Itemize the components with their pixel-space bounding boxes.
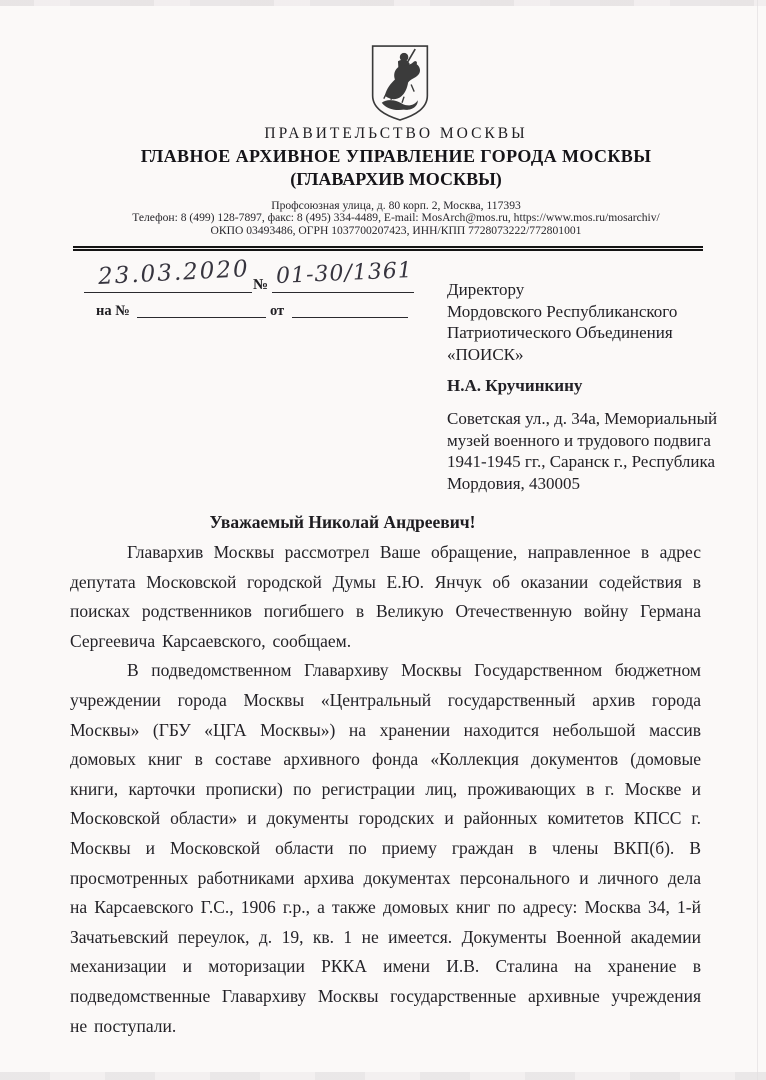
recipient-line: «ПОИСК» — [447, 344, 747, 366]
government-line: ПРАВИТЕЛЬСТВО МОСКВЫ — [26, 125, 766, 143]
recipient-line: Директору — [447, 279, 747, 301]
reply-from-label: от — [270, 303, 284, 320]
recipient-address-line: Мордовия, 430005 — [447, 473, 747, 495]
recipient-title-block: Директору Мордовского Республиканского П… — [447, 279, 747, 365]
letterhead-contacts: Профсоюзная улица, д. 80 корп. 2, Москва… — [26, 200, 766, 237]
body-paragraph-1: Главархив Москвы рассмотрел Ваше обращен… — [70, 538, 701, 656]
recipient-address-line: музей военного и трудового подвига — [447, 430, 747, 452]
scan-artifact-bottom — [0, 1072, 766, 1080]
body-paragraph-2: В подведомственном Главархиву Москвы Гос… — [70, 656, 701, 1041]
moscow-coat-of-arms-icon — [370, 44, 430, 122]
recipient-address-line: 1941-1945 гг., Саранск г., Республика — [447, 451, 747, 473]
letterhead-divider-rule — [73, 246, 703, 251]
reply-to-number-label: на № — [96, 303, 130, 320]
recipient-line: Мордовского Республиканского — [447, 301, 747, 323]
salutation: Уважаемый Николай Андреевич! — [70, 512, 615, 533]
reply-number-blank-line — [137, 300, 266, 318]
organization-name-line1: ГЛАВНОЕ АРХИВНОЕ УПРАВЛЕНИЕ ГОРОДА МОСКВ… — [26, 146, 766, 167]
date-blank-line — [84, 271, 252, 293]
letterhead-codes: ОКПО 03493486, ОГРН 1037700207423, ИНН/К… — [26, 225, 766, 237]
recipient-name: Н.А. Кручинкину — [447, 375, 747, 397]
scan-artifact-top — [0, 0, 766, 6]
letterhead-phone-email: Телефон: 8 (499) 128-7897, факс: 8 (495)… — [26, 212, 766, 224]
number-blank-line — [272, 271, 414, 293]
recipient-block: Директору Мордовского Республиканского П… — [447, 279, 747, 504]
recipient-address-block: Советская ул., д. 34а, Мемориальный музе… — [447, 408, 747, 494]
recipient-line: Патриотического Объединения — [447, 322, 747, 344]
organization-name-line2: (ГЛАВАРХИВ МОСКВЫ) — [26, 169, 766, 190]
reply-date-blank-line — [292, 300, 408, 318]
letter-body: Главархив Москвы рассмотрел Ваше обращен… — [70, 538, 701, 1041]
scanned-letter-page: ПРАВИТЕЛЬСТВО МОСКВЫ ГЛАВНОЕ АРХИВНОЕ УП… — [0, 0, 766, 1080]
number-sign-label: № — [253, 277, 268, 294]
recipient-address-line: Советская ул., д. 34а, Мемориальный — [447, 408, 747, 430]
